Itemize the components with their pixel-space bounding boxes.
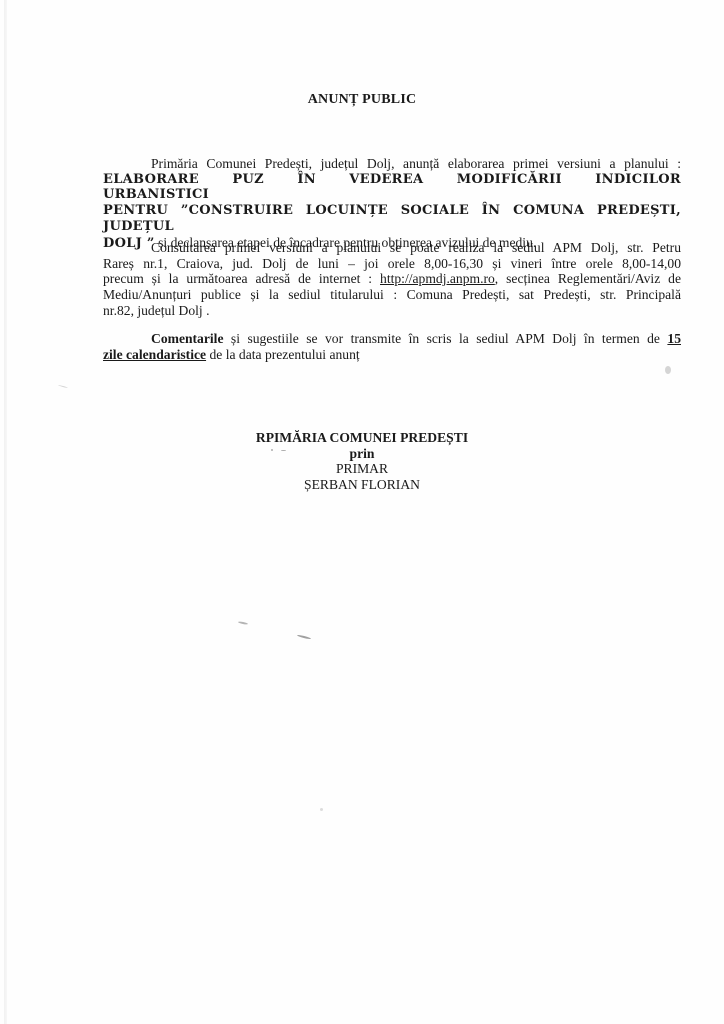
announcement-paragraph: Primăria Comunei Predești, județul Dolj,… (103, 156, 681, 251)
scan-speck (58, 385, 68, 389)
scan-speck (320, 808, 323, 811)
scan-edge-shadow (4, 0, 7, 1024)
deadline-days: 15 (667, 331, 681, 346)
signature-block: RPIMĂRIA COMUNEI PREDEȘTI prin PRIMAR ȘE… (0, 430, 724, 492)
scanned-page: ANUNȚ PUBLIC Primăria Comunei Predești, … (0, 0, 724, 1024)
consultation-paragraph: Consultarea primei versiuni a planului s… (103, 240, 681, 319)
plan-title-line-1: ELABORARE PUZ ÎN VEDEREA MODIFICĂRII IND… (103, 172, 681, 203)
signature-role: PRIMAR (0, 461, 724, 477)
scan-speck (665, 366, 671, 374)
deadline-unit: zile calendaristice (103, 347, 206, 362)
signature-institution: RPIMĂRIA COMUNEI PREDEȘTI (0, 430, 724, 446)
scan-speck (281, 450, 286, 451)
signature-name: ȘERBAN FLORIAN (0, 477, 724, 493)
scan-speck (271, 449, 273, 451)
comments-paragraph: Comentarile și sugestiile se vor transmi… (103, 331, 681, 362)
intro-line: Primăria Comunei Predești, județul Dolj,… (103, 156, 681, 172)
apm-website-link[interactable]: http://apmdj.anpm.ro (380, 271, 495, 286)
comments-label: Comentarile (151, 331, 223, 346)
scan-speck (297, 634, 311, 639)
plan-title-line-2: PENTRU ”CONSTRUIRE LOCUINȚE SOCIALE ÎN C… (103, 203, 681, 234)
scan-speck (238, 621, 248, 625)
document-title: ANUNȚ PUBLIC (0, 92, 724, 108)
signature-via: prin (0, 446, 724, 462)
